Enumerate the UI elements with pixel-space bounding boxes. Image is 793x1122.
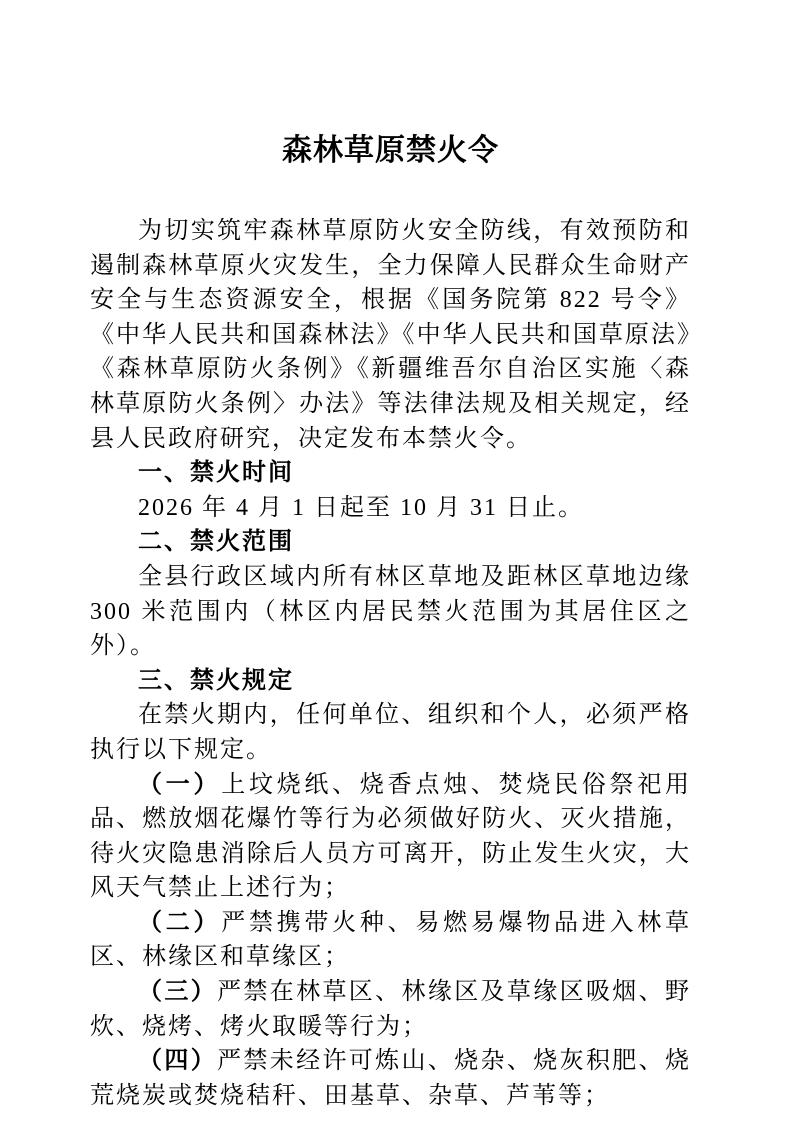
document-page: 森林草原禁火令 为切实筑牢森林草原防火安全防线，有效预防和遏制森林草原火灾发生，… — [0, 0, 793, 1122]
rule-item-4: （四）严禁未经许可炼山、烧杂、烧灰积肥、烧荒烧炭或焚烧秸秆、田基草、杂草、芦苇等… — [90, 1044, 691, 1113]
rule-item-2: （二）严禁携带火种、易燃易爆物品进入林草区、林缘区和草缘区； — [90, 906, 691, 975]
rule-item-3: （三）严禁在林草区、林缘区及草缘区吸烟、野炊、烧烤、烤火取暖等行为； — [90, 975, 691, 1044]
section-body-fire-ban-rules: 在禁火期内，任何单位、组织和个人，必须严格执行以下规定。 — [90, 698, 691, 767]
section-heading-fire-ban-scope: 二、禁火范围 — [90, 525, 691, 560]
rule-item-1: （一）上坟烧纸、烧香点烛、焚烧民俗祭祀用品、燃放烟花爆竹等行为必须做好防火、灭火… — [90, 768, 691, 906]
rule-4-marker: （四） — [138, 1048, 217, 1074]
section-heading-fire-ban-rules: 三、禁火规定 — [90, 664, 691, 699]
intro-paragraph: 为切实筑牢森林草原防火安全防线，有效预防和遏制森林草原火灾发生，全力保障人民群众… — [90, 214, 691, 456]
section-heading-fire-ban-period: 一、禁火时间 — [90, 456, 691, 491]
section-body-fire-ban-scope: 全县行政区域内所有林区草地及距林区草地边缘 300 米范围内（林区内居民禁火范围… — [90, 560, 691, 664]
section-body-fire-ban-period: 2026 年 4 月 1 日起至 10 月 31 日止。 — [90, 491, 691, 526]
rule-3-marker: （三） — [138, 979, 217, 1005]
document-title: 森林草原禁火令 — [90, 132, 691, 170]
rule-1-marker: （一） — [138, 772, 221, 798]
rule-2-marker: （二） — [138, 910, 221, 936]
